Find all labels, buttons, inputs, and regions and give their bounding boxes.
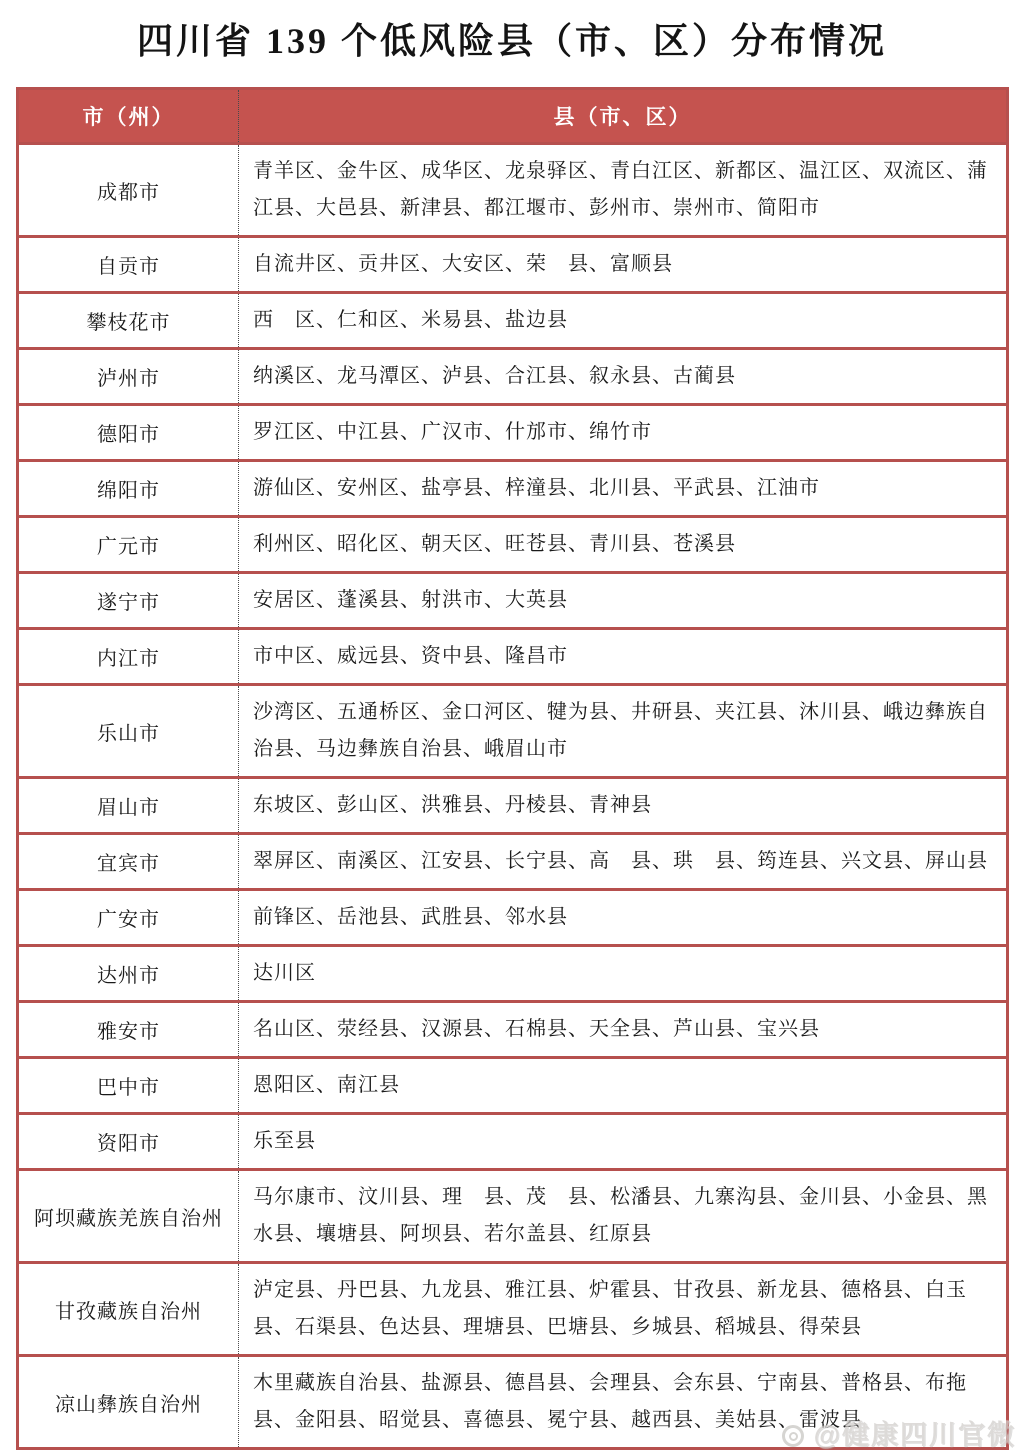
counties-cell: 沙湾区、五通桥区、金口河区、犍为县、井研县、夹江县、沐川县、峨边彝族自治县、马边… (239, 685, 1008, 778)
city-cell: 德阳市 (18, 405, 239, 461)
table-row: 绵阳市 游仙区、安州区、盐亭县、梓潼县、北川县、平武县、江油市 (18, 461, 1008, 517)
city-cell: 广安市 (18, 890, 239, 946)
table-row: 德阳市 罗江区、中江县、广汉市、什邡市、绵竹市 (18, 405, 1008, 461)
counties-cell: 名山区、荥经县、汉源县、石棉县、天全县、芦山县、宝兴县 (239, 1002, 1008, 1058)
table-row: 巴中市 恩阳区、南江县 (18, 1058, 1008, 1114)
distribution-table: 市（州） 县（市、区） 成都市 青羊区、金牛区、成华区、龙泉驿区、青白江区、新都… (16, 87, 1009, 1450)
counties-cell: 前锋区、岳池县、武胜县、邻水县 (239, 890, 1008, 946)
counties-cell: 翠屏区、南溪区、江安县、长宁县、高 县、珙 县、筠连县、兴文县、屏山县 (239, 834, 1008, 890)
city-cell: 雅安市 (18, 1002, 239, 1058)
counties-cell: 东坡区、彭山区、洪雅县、丹棱县、青神县 (239, 778, 1008, 834)
counties-cell: 利州区、昭化区、朝天区、旺苍县、青川县、苍溪县 (239, 517, 1008, 573)
table-row: 自贡市 自流井区、贡井区、大安区、荣 县、富顺县 (18, 237, 1008, 293)
counties-cell: 恩阳区、南江县 (239, 1058, 1008, 1114)
table-row: 内江市 市中区、威远县、资中县、隆昌市 (18, 629, 1008, 685)
counties-cell: 纳溪区、龙马潭区、泸县、合江县、叙永县、古蔺县 (239, 349, 1008, 405)
table-row: 甘孜藏族自治州 泸定县、丹巴县、九龙县、雅江县、炉霍县、甘孜县、新龙县、德格县、… (18, 1263, 1008, 1356)
table-header-row: 市（州） 县（市、区） (18, 89, 1008, 144)
table-row: 攀枝花市 西 区、仁和区、米易县、盐边县 (18, 293, 1008, 349)
city-cell: 阿坝藏族羌族自治州 (18, 1170, 239, 1263)
counties-cell: 市中区、威远县、资中县、隆昌市 (239, 629, 1008, 685)
counties-cell: 安居区、蓬溪县、射洪市、大英县 (239, 573, 1008, 629)
counties-cell: 西 区、仁和区、米易县、盐边县 (239, 293, 1008, 349)
city-cell: 攀枝花市 (18, 293, 239, 349)
table-row: 广安市 前锋区、岳池县、武胜县、邻水县 (18, 890, 1008, 946)
table-row: 达州市 达川区 (18, 946, 1008, 1002)
city-cell: 资阳市 (18, 1114, 239, 1170)
city-cell: 达州市 (18, 946, 239, 1002)
counties-cell: 自流井区、贡井区、大安区、荣 县、富顺县 (239, 237, 1008, 293)
counties-cell: 罗江区、中江县、广汉市、什邡市、绵竹市 (239, 405, 1008, 461)
table-row: 宜宾市 翠屏区、南溪区、江安县、长宁县、高 县、珙 县、筠连县、兴文县、屏山县 (18, 834, 1008, 890)
table-row: 阿坝藏族羌族自治州 马尔康市、汶川县、理 县、茂 县、松潘县、九寨沟县、金川县、… (18, 1170, 1008, 1263)
table-body: 成都市 青羊区、金牛区、成华区、龙泉驿区、青白江区、新都区、温江区、双流区、蒲江… (18, 144, 1008, 1449)
city-cell: 甘孜藏族自治州 (18, 1263, 239, 1356)
table-row: 成都市 青羊区、金牛区、成华区、龙泉驿区、青白江区、新都区、温江区、双流区、蒲江… (18, 144, 1008, 237)
city-cell: 广元市 (18, 517, 239, 573)
table-row: 凉山彝族自治州 木里藏族自治县、盐源县、德昌县、会理县、会东县、宁南县、普格县、… (18, 1356, 1008, 1449)
counties-cell: 马尔康市、汶川县、理 县、茂 县、松潘县、九寨沟县、金川县、小金县、黑水县、壤塘… (239, 1170, 1008, 1263)
counties-cell: 木里藏族自治县、盐源县、德昌县、会理县、会东县、宁南县、普格县、布拖县、金阳县、… (239, 1356, 1008, 1449)
header-cell-counties: 县（市、区） (239, 89, 1008, 144)
table-row: 资阳市 乐至县 (18, 1114, 1008, 1170)
table-row: 乐山市 沙湾区、五通桥区、金口河区、犍为县、井研县、夹江县、沐川县、峨边彝族自治… (18, 685, 1008, 778)
table-row: 雅安市 名山区、荥经县、汉源县、石棉县、天全县、芦山县、宝兴县 (18, 1002, 1008, 1058)
city-cell: 巴中市 (18, 1058, 239, 1114)
table-row: 泸州市 纳溪区、龙马潭区、泸县、合江县、叙永县、古蔺县 (18, 349, 1008, 405)
city-cell: 成都市 (18, 144, 239, 237)
table-row: 眉山市 东坡区、彭山区、洪雅县、丹棱县、青神县 (18, 778, 1008, 834)
counties-cell: 达川区 (239, 946, 1008, 1002)
table-row: 遂宁市 安居区、蓬溪县、射洪市、大英县 (18, 573, 1008, 629)
city-cell: 内江市 (18, 629, 239, 685)
counties-cell: 游仙区、安州区、盐亭县、梓潼县、北川县、平武县、江油市 (239, 461, 1008, 517)
counties-cell: 泸定县、丹巴县、九龙县、雅江县、炉霍县、甘孜县、新龙县、德格县、白玉县、石渠县、… (239, 1263, 1008, 1356)
city-cell: 乐山市 (18, 685, 239, 778)
city-cell: 眉山市 (18, 778, 239, 834)
counties-cell: 乐至县 (239, 1114, 1008, 1170)
table-row: 广元市 利州区、昭化区、朝天区、旺苍县、青川县、苍溪县 (18, 517, 1008, 573)
page: 四川省 139 个低风险县（市、区）分布情况 市（州） 县（市、区） 成都市 青… (0, 0, 1024, 1454)
header-cell-city: 市（州） (18, 89, 239, 144)
city-cell: 凉山彝族自治州 (18, 1356, 239, 1449)
city-cell: 遂宁市 (18, 573, 239, 629)
city-cell: 泸州市 (18, 349, 239, 405)
city-cell: 宜宾市 (18, 834, 239, 890)
city-cell: 自贡市 (18, 237, 239, 293)
page-title: 四川省 139 个低风险县（市、区）分布情况 (30, 20, 994, 63)
city-cell: 绵阳市 (18, 461, 239, 517)
counties-cell: 青羊区、金牛区、成华区、龙泉驿区、青白江区、新都区、温江区、双流区、蒲江县、大邑… (239, 144, 1008, 237)
